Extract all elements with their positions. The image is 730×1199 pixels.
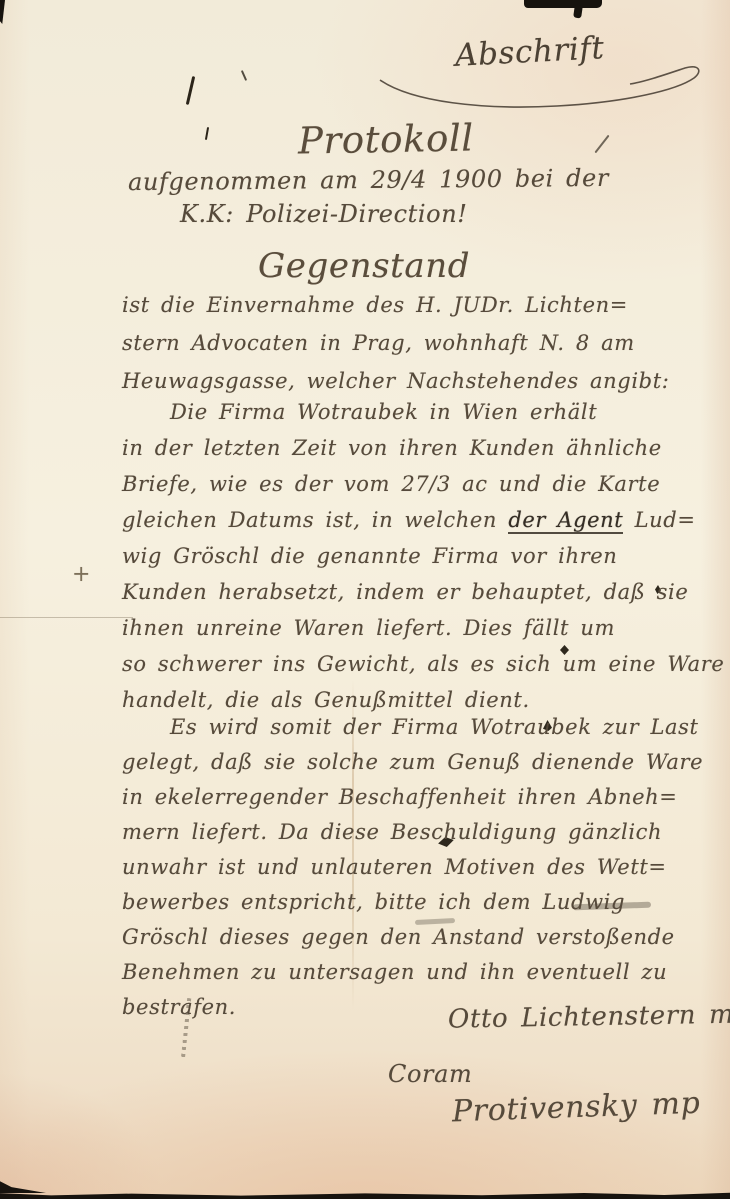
ink-stroke-mark xyxy=(186,76,195,105)
scan-edge-top-left xyxy=(0,0,5,24)
manuscript-line: so schwerer ins Gewicht, als es sich um … xyxy=(122,646,724,682)
manuscript-line: Benehmen zu untersagen und ihn eventuell… xyxy=(122,955,703,990)
manuscript-line: stern Advocaten in Prag, wohnhaft N. 8 a… xyxy=(122,324,669,362)
manuscript-line: wig Gröschl die genannte Firma vor ihren xyxy=(122,538,724,574)
margin-plus-mark: + xyxy=(72,562,91,587)
manuscript-line: Briefe, wie es der vom 27/3 ac und die K… xyxy=(122,466,724,502)
line-text-post: Lud= xyxy=(623,508,695,532)
annotation-flourish xyxy=(372,58,717,118)
manuscript-line-with-emphasis: gleichen Datums ist, in welchen der Agen… xyxy=(122,502,724,538)
manuscript-line: ist die Einvernahme des H. JUDr. Lichten… xyxy=(122,286,669,324)
subtitle-line-1: aufgenommen am 29/4 1900 bei der xyxy=(128,164,609,196)
ink-stroke-mark xyxy=(594,135,609,154)
paragraph-1: Die Firma Wotraubek in Wien erhält in de… xyxy=(122,394,724,718)
document-title: Protokoll xyxy=(298,116,475,162)
margin-rule xyxy=(0,617,133,618)
manuscript-line: Die Firma Wotraubek in Wien erhält xyxy=(122,394,724,430)
manuscript-line: bewerbes entspricht, bitte ich dem Ludwi… xyxy=(122,885,703,920)
manuscript-line: gelegt, daß sie solche zum Genuß dienend… xyxy=(122,745,703,780)
scan-edge-top-blob xyxy=(524,0,602,8)
section-heading: Gegenstand xyxy=(258,246,470,286)
manuscript-page: + Abschrift Protokoll aufgenommen am 29/… xyxy=(0,0,730,1199)
scan-edge-bottom xyxy=(0,1190,730,1199)
manuscript-line: ihnen unreine Waren liefert. Dies fällt … xyxy=(122,610,724,646)
intro-block: ist die Einvernahme des H. JUDr. Lichten… xyxy=(122,286,669,400)
paragraph-2: Es wird somit der Firma Wotraubek zur La… xyxy=(122,710,703,1025)
scan-edge-bottom-left-corner xyxy=(0,1180,46,1193)
ink-stroke-mark xyxy=(205,127,209,140)
manuscript-line: Kunden herabsetzt, indem er behauptet, d… xyxy=(122,574,724,610)
manuscript-line: mern liefert. Da diese Beschuldigung gän… xyxy=(122,815,703,850)
signature-protivensky: Protivensky mp xyxy=(451,1086,700,1130)
line-text-pre: gleichen Datums ist, in welchen xyxy=(122,508,508,532)
subtitle-line-2: K.K: Polizei-Direction! xyxy=(180,200,468,228)
ink-stroke-mark xyxy=(241,70,247,81)
coram-label: Coram xyxy=(388,1060,472,1088)
signature-otto-lichtenstern: Otto Lichtenstern mp xyxy=(448,999,730,1034)
manuscript-line: unwahr ist und unlauteren Motiven des We… xyxy=(122,850,703,885)
manuscript-line: in der letzten Zeit von ihren Kunden ähn… xyxy=(122,430,724,466)
manuscript-line: Gröschl dieses gegen den Anstand verstoß… xyxy=(122,920,703,955)
manuscript-line: Es wird somit der Firma Wotraubek zur La… xyxy=(122,710,703,745)
emphasized-phrase: der Agent xyxy=(508,508,623,534)
manuscript-line: in ekelerregender Beschaffenheit ihren A… xyxy=(122,780,703,815)
scan-edge-top-blob-drip xyxy=(573,5,583,19)
